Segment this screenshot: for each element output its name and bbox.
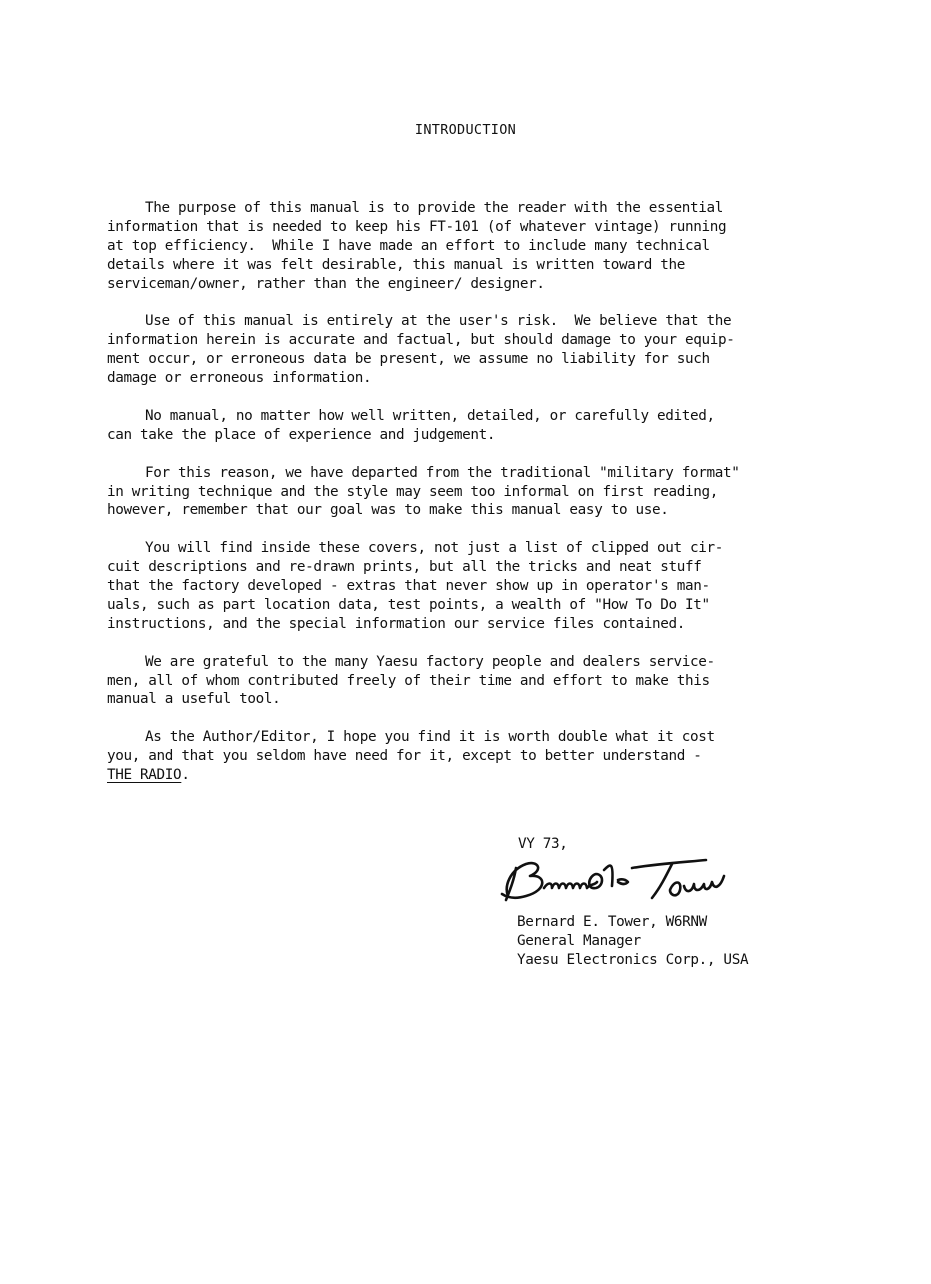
punctuation: . (181, 767, 189, 783)
paragraph: As the Author/Editor, I hope you find it… (107, 728, 797, 785)
document-page: INTRODUCTION The purpose of this manual … (0, 0, 931, 1284)
text-line: men, all of whom contributed freely of t… (107, 672, 797, 691)
text-line: Use of this manual is entirely at the us… (107, 312, 797, 331)
text-line: THE RADIO. (107, 766, 797, 785)
text-line: cuit descriptions and re-drawn prints, b… (107, 558, 797, 577)
text-line: serviceman/owner, rather than the engine… (107, 275, 797, 294)
signer-company: Yaesu Electronics Corp., USA (517, 951, 748, 970)
signature-block: Bernard E. Tower, W6RNW General Manager … (517, 913, 748, 970)
paragraph: Use of this manual is entirely at the us… (107, 312, 797, 388)
underlined-phrase: THE RADIO (107, 767, 181, 783)
text-line: For this reason, we have departed from t… (107, 464, 797, 483)
paragraph: No manual, no matter how well written, d… (107, 407, 797, 445)
signer-name: Bernard E. Tower, W6RNW (517, 913, 748, 932)
text-line: at top efficiency. While I have made an … (107, 237, 797, 256)
text-line: damage or erroneous information. (107, 369, 797, 388)
text-line: can take the place of experience and jud… (107, 426, 797, 445)
page-title: INTRODUCTION (0, 122, 931, 138)
text-line: We are grateful to the many Yaesu factor… (107, 653, 797, 672)
text-line: details where it was felt desirable, thi… (107, 256, 797, 275)
closing-salutation: VY 73, (518, 836, 568, 852)
text-line: ment occur, or erroneous data be present… (107, 350, 797, 369)
text-line: No manual, no matter how well written, d… (107, 407, 797, 426)
text-line: that the factory developed - extras that… (107, 577, 797, 596)
text-line: information that is needed to keep his F… (107, 218, 797, 237)
text-line: As the Author/Editor, I hope you find it… (107, 728, 797, 747)
text-line: however, remember that our goal was to m… (107, 501, 797, 520)
text-line: instructions, and the special informatio… (107, 615, 797, 634)
text-line: you, and that you seldom have need for i… (107, 747, 797, 766)
document-body: The purpose of this manual is to provide… (107, 199, 797, 804)
paragraph: For this reason, we have departed from t… (107, 464, 797, 521)
signer-title: General Manager (517, 932, 748, 951)
signature-icon (486, 856, 746, 906)
text-line: information herein is accurate and factu… (107, 331, 797, 350)
text-line: in writing technique and the style may s… (107, 483, 797, 502)
text-line: You will find inside these covers, not j… (107, 539, 797, 558)
paragraph: The purpose of this manual is to provide… (107, 199, 797, 294)
paragraph: We are grateful to the many Yaesu factor… (107, 653, 797, 710)
paragraph: You will find inside these covers, not j… (107, 539, 797, 634)
text-line: manual a useful tool. (107, 690, 797, 709)
text-line: The purpose of this manual is to provide… (107, 199, 797, 218)
text-line: uals, such as part location data, test p… (107, 596, 797, 615)
